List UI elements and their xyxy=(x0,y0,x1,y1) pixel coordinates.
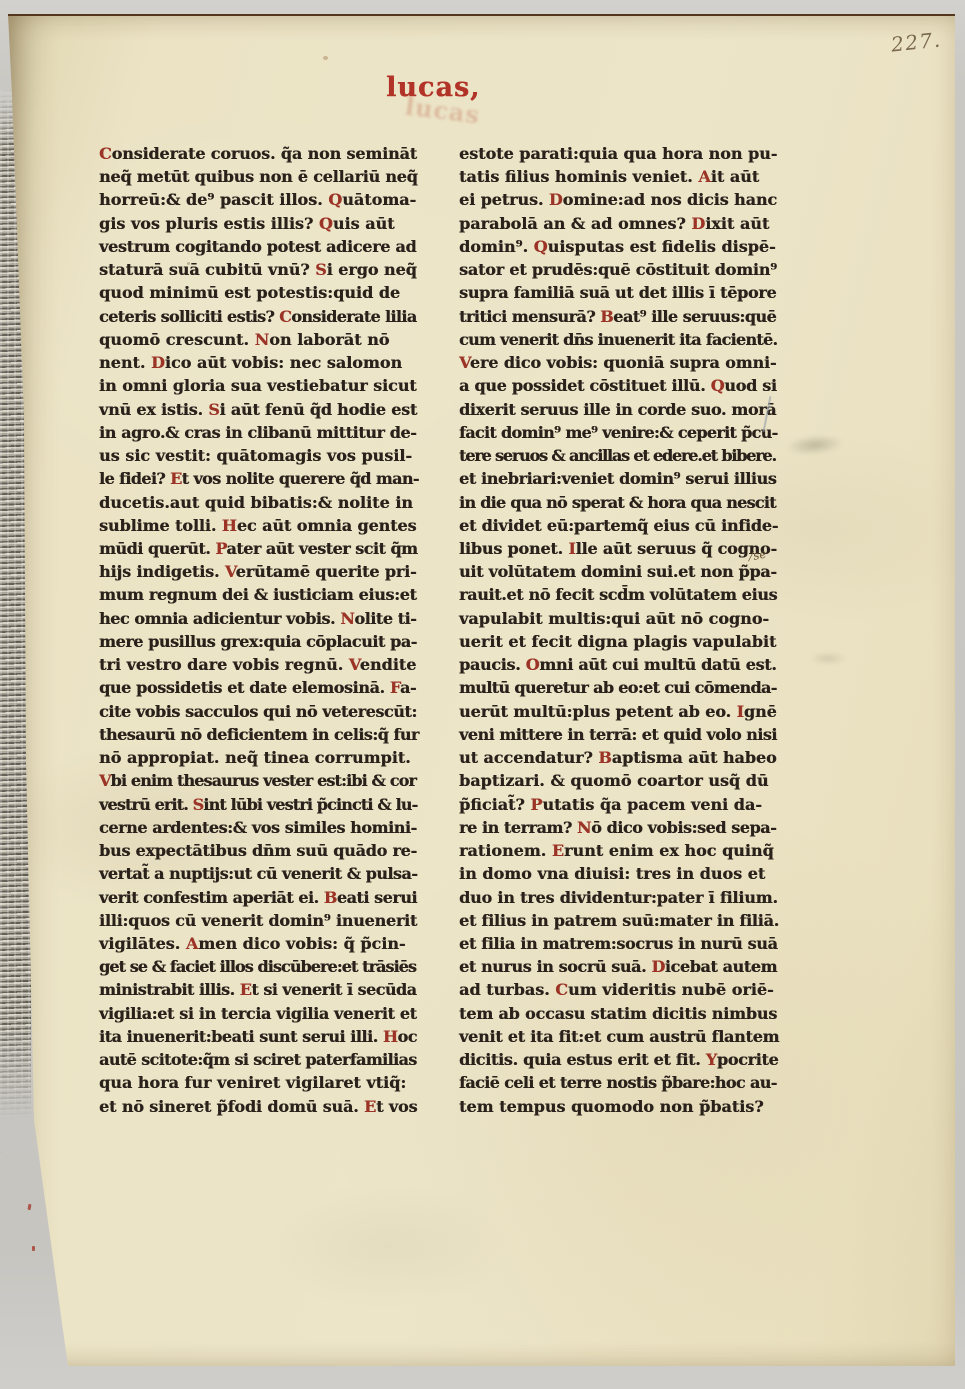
text-line: cum venerit dn̄s inuenerit ita facientē. xyxy=(459,328,777,351)
text-line: uit volūtatem domini sui.et non p̃pa- xyxy=(459,560,777,583)
text-line: bus expectātibus dn̄m suū quādo re- xyxy=(99,839,417,862)
text-line: gis vos pluris estis illis? Quis aūt xyxy=(99,212,417,235)
folio-number: 227. xyxy=(890,27,943,56)
text-line: hijs indigetis. Verūtamē querite pri- xyxy=(99,560,417,583)
text-line: et filius in patrem suū:mater in filiā. xyxy=(459,909,777,932)
text-line: tem tempus quomodo non p̃batis? xyxy=(459,1095,777,1118)
text-line: veni mittere in terrā: et quid volo nisi xyxy=(459,723,777,746)
fox-spot xyxy=(187,262,190,265)
text-column-right: estote parati:quia qua hora non pu-tatis… xyxy=(459,142,777,1118)
text-line: nent. Dico aūt vobis: nec salomon xyxy=(99,351,417,374)
text-line: quod minimū est potestis:quid de xyxy=(99,281,417,304)
photograph-background: 227. lucas, lucas Considerate coruos. q̃… xyxy=(0,0,965,1389)
text-line: faciē celi et terre nostis p̃bare:hoc au… xyxy=(459,1071,777,1094)
text-line: et inebriari:veniet domin⁹ serui illius xyxy=(459,467,777,490)
text-line: rauit.et nō fecit scd̄m volūtatem eius xyxy=(459,583,777,606)
text-line: tri vestro dare vobis regnū. Vendite xyxy=(99,653,417,676)
text-line: Considerate coruos. q̃a non semināt xyxy=(99,142,417,165)
text-line: tritici mensurā? Beat⁹ ille seruus:quē xyxy=(459,305,777,328)
text-line: quomō crescunt. Non laborāt nō xyxy=(99,328,417,351)
text-line: sator et prudēs:quē cōstituit domin⁹ xyxy=(459,258,777,281)
text-line: a que possidet cōstituet illū. Quod si xyxy=(459,374,777,397)
text-line: sublime tolli. Hec aūt omnia gentes xyxy=(99,514,417,537)
text-line: Vbi enim thesaurus vester est:ibi & cor xyxy=(99,769,417,792)
text-line: tem ab occasu statim dicitis nimbus xyxy=(459,1002,777,1025)
fore-edge-fade-bottom xyxy=(0,1021,31,1152)
text-line: vnū ex istis. Si aūt fenū q̃d hodie est xyxy=(99,398,417,421)
text-column-left: Considerate coruos. q̃a non seminātneq̃ … xyxy=(99,142,417,1118)
text-line: in agro.& cras in clibanū mittitur de- xyxy=(99,421,417,444)
text-line: ut accendatur? Baptisma aūt habeo xyxy=(459,746,777,769)
text-line: nō appropiat. neq̃ tinea corrumpit. xyxy=(99,746,417,769)
text-line: vigilia:et si in tercia vigilia venerit … xyxy=(99,1002,417,1025)
text-line: le fidei? Et vos nolite querere q̃d man- xyxy=(99,467,417,490)
text-line: vestrum cogitando potest adicere ad xyxy=(99,235,417,258)
text-line: cite vobis sacculos qui nō veterescūt: xyxy=(99,700,417,723)
text-line: ducetis.aut quid bibatis:& nolite in xyxy=(99,491,417,514)
text-line: Vere dico vobis: quoniā supra omni- xyxy=(459,351,777,374)
text-line: in domo vna diuisi: tres in duos et xyxy=(459,862,777,885)
text-line: ita inuenerit:beati sunt serui illi. Hoc xyxy=(99,1025,417,1048)
text-line: tere seruos & ancillas et edere.et biber… xyxy=(459,444,777,467)
text-line: ministrabit illis. Et si venerit ī secūd… xyxy=(99,978,417,1001)
text-line: vapulabit multis:qui aūt nō cogno- xyxy=(459,607,777,630)
text-line: estote parati:quia qua hora non pu- xyxy=(459,142,777,165)
text-line: et nō sineret p̃fodi domū suā. Et vos xyxy=(99,1095,417,1118)
text-line: baptizari. & quomō coartor usq̃ dū xyxy=(459,769,777,792)
text-line: in omni gloria sua vestiebatur sicut xyxy=(99,374,417,397)
margin-faint-smudge xyxy=(810,652,846,665)
text-line: re in terram? Nō dico vobis:sed sepa- xyxy=(459,816,777,839)
fore-edge-red-speck xyxy=(32,1246,35,1251)
text-line: ei petrus. Domine:ad nos dicis hanc xyxy=(459,188,777,211)
text-line: que possidetis et date elemosinā. Fa- xyxy=(99,676,417,699)
text-line: multū queretur ab eo:et cui cōmenda- xyxy=(459,676,777,699)
text-line: mere pusillus grex:quia cōplacuit pa- xyxy=(99,630,417,653)
text-line: autē scitote:q̃m si sciret paterfamilias xyxy=(99,1048,417,1071)
fore-edge-red-speck xyxy=(28,1204,32,1210)
fox-spot xyxy=(323,56,328,60)
text-line: domin⁹. Quisputas est fidelis dispē- xyxy=(459,235,777,258)
text-line: ad turbas. Cum videritis nubē oriē- xyxy=(459,978,777,1001)
text-line: horreū:& de⁹ pascit illos. Quātoma- xyxy=(99,188,417,211)
text-line: tatis filius hominis veniet. Ait aūt xyxy=(459,165,777,188)
text-line: et nurus in socrū suā. Dicebat autem xyxy=(459,955,777,978)
text-line: uerit et fecit digna plagis vapulabit xyxy=(459,630,777,653)
text-line: cerne ardentes:& vos similes homini- xyxy=(99,816,417,839)
text-line: hec omnia adicientur vobis. Nolite ti- xyxy=(99,607,417,630)
text-line: paucis. Omni aūt cui multū datū est. xyxy=(459,653,777,676)
text-line: et filia in matrem:socrus in nurū suā xyxy=(459,932,777,955)
text-line: rationem. Erunt enim ex hoc quinq̃ xyxy=(459,839,777,862)
text-line: in die qua nō sperat & hora qua nescit xyxy=(459,491,777,514)
text-line: illi:quos cū venerit domin⁹ inuenerit xyxy=(99,909,417,932)
text-line: mūdi querūt. Pater aūt vester scit q̃m xyxy=(99,537,417,560)
text-line: dixerit seruus ille in corde suo. morā xyxy=(459,398,777,421)
text-line: qua hora fur veniret vigilaret vtiq̃: xyxy=(99,1071,417,1094)
text-line: neq̃ metūt quibus non ē cellariū neq̃ xyxy=(99,165,417,188)
text-line: us sic vestit: quātomagis vos pusil- xyxy=(99,444,417,467)
text-line: libus ponet. Ille aūt seruus q̃ cogno- xyxy=(459,537,777,560)
text-line: get se & faciet illos discūbere:et trāsi… xyxy=(99,955,417,978)
text-line: parabolā an & ad omnes? Dixit aūt xyxy=(459,212,777,235)
text-line: venit et ita fit:et cum austrū flantem xyxy=(459,1025,777,1048)
text-line: uerūt multū:plus petent ab eo. Ignē xyxy=(459,700,777,723)
text-line: mum regnum dei & iusticiam eius:et xyxy=(99,583,417,606)
text-line: staturā suā cubitū vnū? Si ergo neq̃ xyxy=(99,258,417,281)
text-line: facit domin⁹ me⁹ venire:& ceperit p̃cu- xyxy=(459,421,777,444)
text-line: vigilātes. Amen dico vobis: q̃ p̃cin- xyxy=(99,932,417,955)
text-line: vestrū erit. Sint lūbi vestri p̃cincti &… xyxy=(99,793,417,816)
text-line: verit confestim aperiāt ei. Beati serui xyxy=(99,886,417,909)
margin-erased-smudge xyxy=(785,433,845,458)
text-line: p̃ficiat̃? Putatis q̃a pacem veni da- xyxy=(459,793,777,816)
text-line: ceteris solliciti estis? Considerate lil… xyxy=(99,305,417,328)
text-line: supra familiā suā ut det illis ī tēpore xyxy=(459,281,777,304)
text-line: dicitis. quia estus erit et fit. Ypocrit… xyxy=(459,1048,777,1071)
text-line: et dividet eū:partemq̃ eius cū infide- xyxy=(459,514,777,537)
text-line: vertat̃ a nuptijs:ut cū venerit & pulsa- xyxy=(99,862,417,885)
text-line: thesaurū nō deficientem in celis:q̃ fur xyxy=(99,723,417,746)
text-line: duo in tres dividentur:pater ī filium. xyxy=(459,886,777,909)
manuscript-page: 227. lucas, lucas Considerate coruos. q̃… xyxy=(6,14,957,1368)
